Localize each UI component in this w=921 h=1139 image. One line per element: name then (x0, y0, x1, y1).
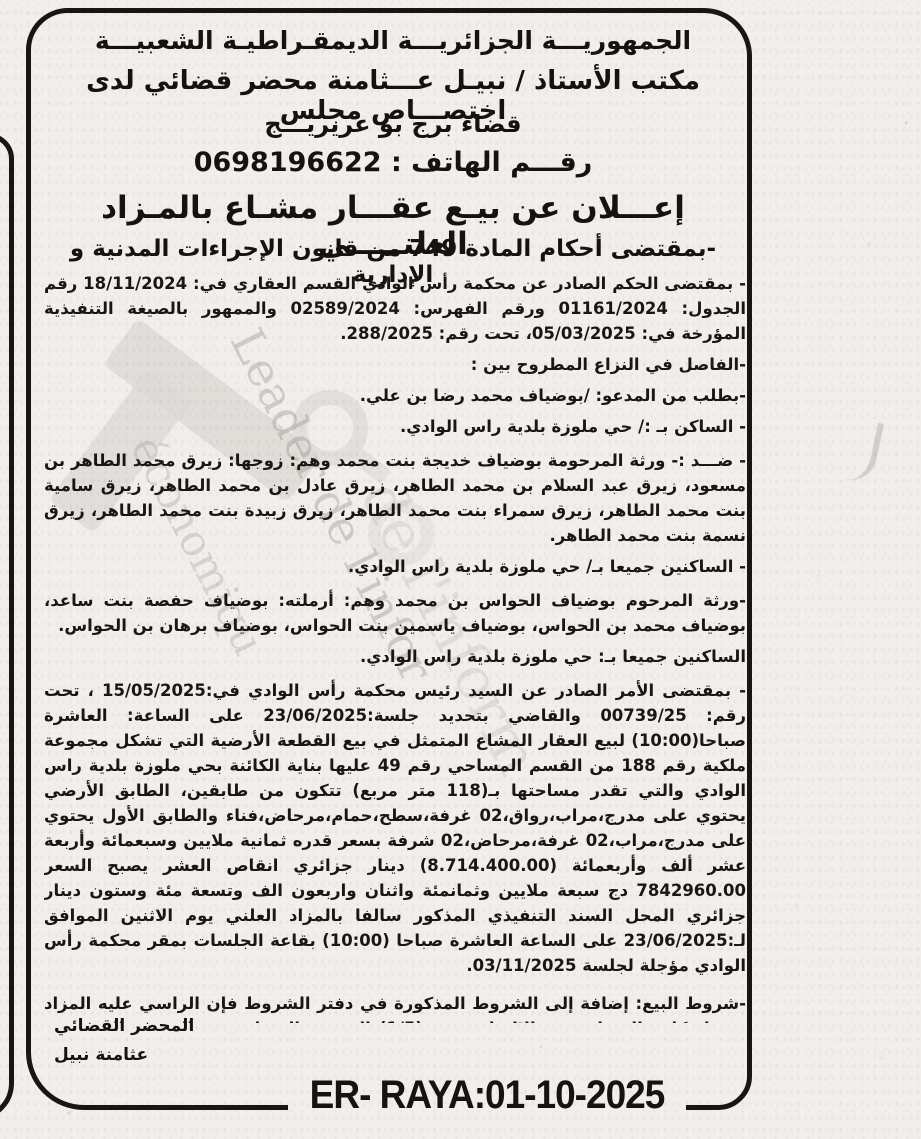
phone-line: رقـــم الهاتف : 0698196622 (40, 147, 746, 178)
scan-smudge (840, 417, 884, 484)
paragraph-auction-order: - بمقتضى الأمر الصادر عن السيد رئيس محكم… (44, 678, 746, 978)
scanned-newspaper-page: Leader de l'infor économiqu de l'inform … (0, 0, 921, 1139)
newspaper-date-stamp: ER- RAYA:01-10-2025 (288, 1072, 686, 1117)
scan-specks (0, 0, 2, 2)
signature-name: عثامنة نبيل (54, 1041, 194, 1070)
paragraph-defendants-2: -ورثة المرحوم بوضياف الحواس بن محمد وهم:… (44, 588, 746, 638)
signature-block: المحضر القضائي عثامنة نبيل (54, 1012, 194, 1070)
advert-body: - بمقتضى الحكم الصادر عن محكمة رأس الواد… (44, 271, 746, 1023)
paragraph-plaintiff-address: - الساكن بـ :/ حي ملوزة بلدية راس الوادي… (44, 414, 746, 439)
adjacent-column-border (0, 133, 14, 1121)
court-line: قضاء برج بو عريريـــج (40, 110, 746, 138)
paragraph-judgment: - بمقتضى الحكم الصادر عن محكمة رأس الواد… (44, 271, 746, 346)
signature-role: المحضر القضائي (54, 1012, 194, 1041)
paragraph-plaintiff: -بطلب من المدعو: /بوضياف محمد رضا بن علي… (44, 383, 746, 408)
republic-line: الجمهوريـــة الجزائريـــة الديمقـراطيـة … (40, 26, 746, 55)
paragraph-defendants-1: - ضـــد :- ورثة المرحومة بوضياف خديجة بن… (44, 448, 746, 548)
paragraph-defendants-2-address: الساكنين جميعا بـ: حي ملوزة بلدية راس ال… (44, 644, 746, 669)
paragraph-defendants-1-address: - الساكنين جميعا بـ/ حي ملوزة بلدية راس … (44, 554, 746, 579)
paragraph-dispute: -الفاصل في النزاع المطروح بين : (44, 352, 746, 377)
